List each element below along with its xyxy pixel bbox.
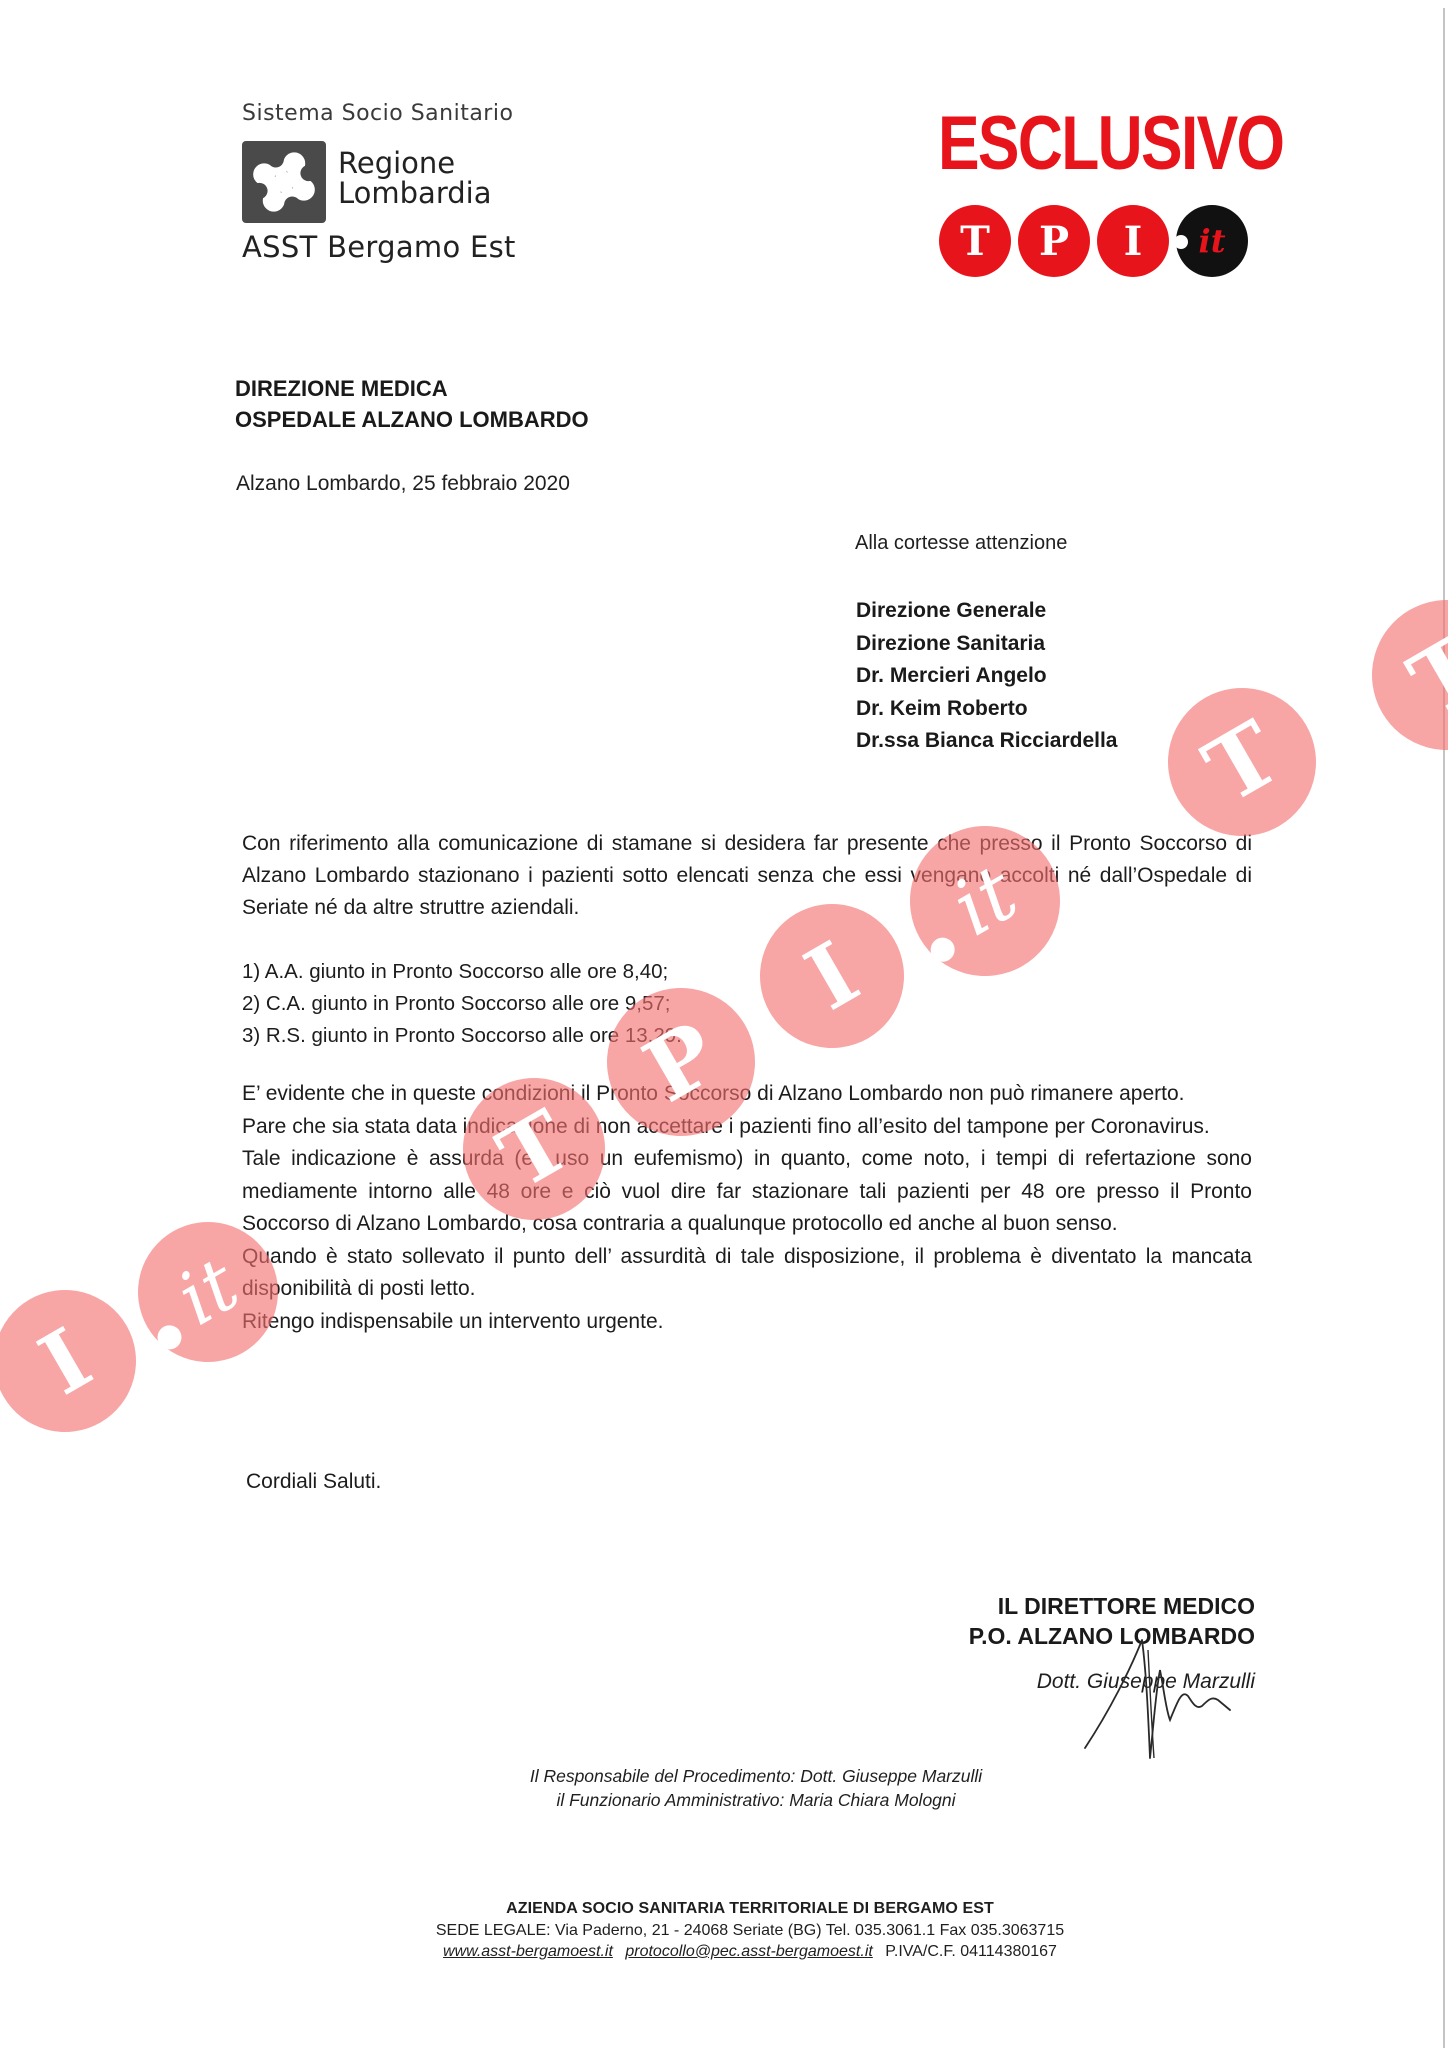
watermark-i: I [0,1264,162,1458]
paragraph: Quando è stato sollevato il punto dell’ … [242,1241,1252,1306]
procedure-manager: Il Responsabile del Procedimento: Dott. … [466,1764,1046,1788]
sender-line1: DIREZIONE MEDICA [235,373,589,404]
patient-item: 2) C.A. giunto in Pronto Soccorso alle o… [242,988,1252,1020]
footer-organization: AZIENDA SOCIO SANITARIA TERRITORIALE DI … [360,1898,1140,1920]
administrative-officer: il Funzionario Amministrativo: Maria Chi… [466,1788,1046,1812]
signatory-title-line1: IL DIRETTORE MEDICO [969,1591,1255,1621]
tpi-letter-i: I [1097,205,1169,277]
recipient: Dr.ssa Bianca Ricciardella [856,725,1118,758]
website-link[interactable]: www.asst-bergamoest.it [443,1943,613,1960]
region-line2: Lombardia [338,178,491,208]
page-edge [1443,8,1445,2048]
system-name: Sistema Socio Sanitario [242,101,513,126]
sender-line2: OSPEDALE ALZANO LOMBARDO [235,404,589,435]
region-line1: Regione [338,148,491,178]
tpi-dot-it: it [1176,205,1248,277]
footer-address: SEDE LEGALE: Via Paderno, 21 - 24068 Ser… [360,1920,1140,1941]
recipient: Direzione Sanitaria [856,628,1118,661]
email-link[interactable]: protocollo@pec.asst-bergamoest.it [625,1943,872,1960]
intro-paragraph: Con riferimento alla comunicazione di st… [242,828,1252,924]
footer-links: www.asst-bergamoest.it protocollo@pec.as… [360,1941,1140,1963]
watermark-t-partial: T [1345,573,1448,778]
tpi-letter-p: P [1018,205,1090,277]
vat-number: P.IVA/C.F. 04114380167 [885,1943,1057,1960]
paragraph: E’ evidente che in queste condizioni il … [242,1078,1252,1111]
handwritten-signature [1070,1630,1240,1760]
region-name: Regione Lombardia [338,148,491,208]
tpi-letter-t: T [939,205,1011,277]
exclusive-label: ESCLUSIVO [938,104,1199,184]
body-paragraphs: E’ evidente che in queste condizioni il … [242,1078,1252,1338]
recipient: Direzione Generale [856,595,1118,628]
patient-list: 1) A.A. giunto in Pronto Soccorso alle o… [242,956,1252,1052]
patient-item: 3) R.S. giunto in Pronto Soccorso alle o… [242,1020,1252,1052]
recipient: Dr. Keim Roberto [856,693,1118,726]
date-line: Alzano Lombardo, 25 febbraio 2020 [236,472,570,496]
paragraph: Tale indicazione è assurda (ed uso un eu… [242,1143,1252,1241]
closing: Cordiali Saluti. [246,1470,381,1494]
sender-block: DIREZIONE MEDICA OSPEDALE ALZANO LOMBARD… [235,373,589,435]
paragraph: Pare che sia stata data indicazione di n… [242,1111,1252,1144]
footer: AZIENDA SOCIO SANITARIA TERRITORIALE DI … [360,1898,1140,1963]
recipient: Dr. Mercieri Angelo [856,660,1118,693]
tpi-logo: T P I it [939,205,1248,277]
recipient-list: Direzione Generale Direzione Sanitaria D… [856,595,1118,758]
paragraph: Ritengo indispensabile un intervento urg… [242,1306,1252,1339]
responsibles-block: Il Responsabile del Procedimento: Dott. … [466,1764,1046,1812]
attention-intro: Alla cortesse attenzione [855,532,1067,555]
agency-name: ASST Bergamo Est [242,230,516,264]
lombardy-rose-icon [242,141,326,223]
patient-item: 1) A.A. giunto in Pronto Soccorso alle o… [242,956,1252,988]
